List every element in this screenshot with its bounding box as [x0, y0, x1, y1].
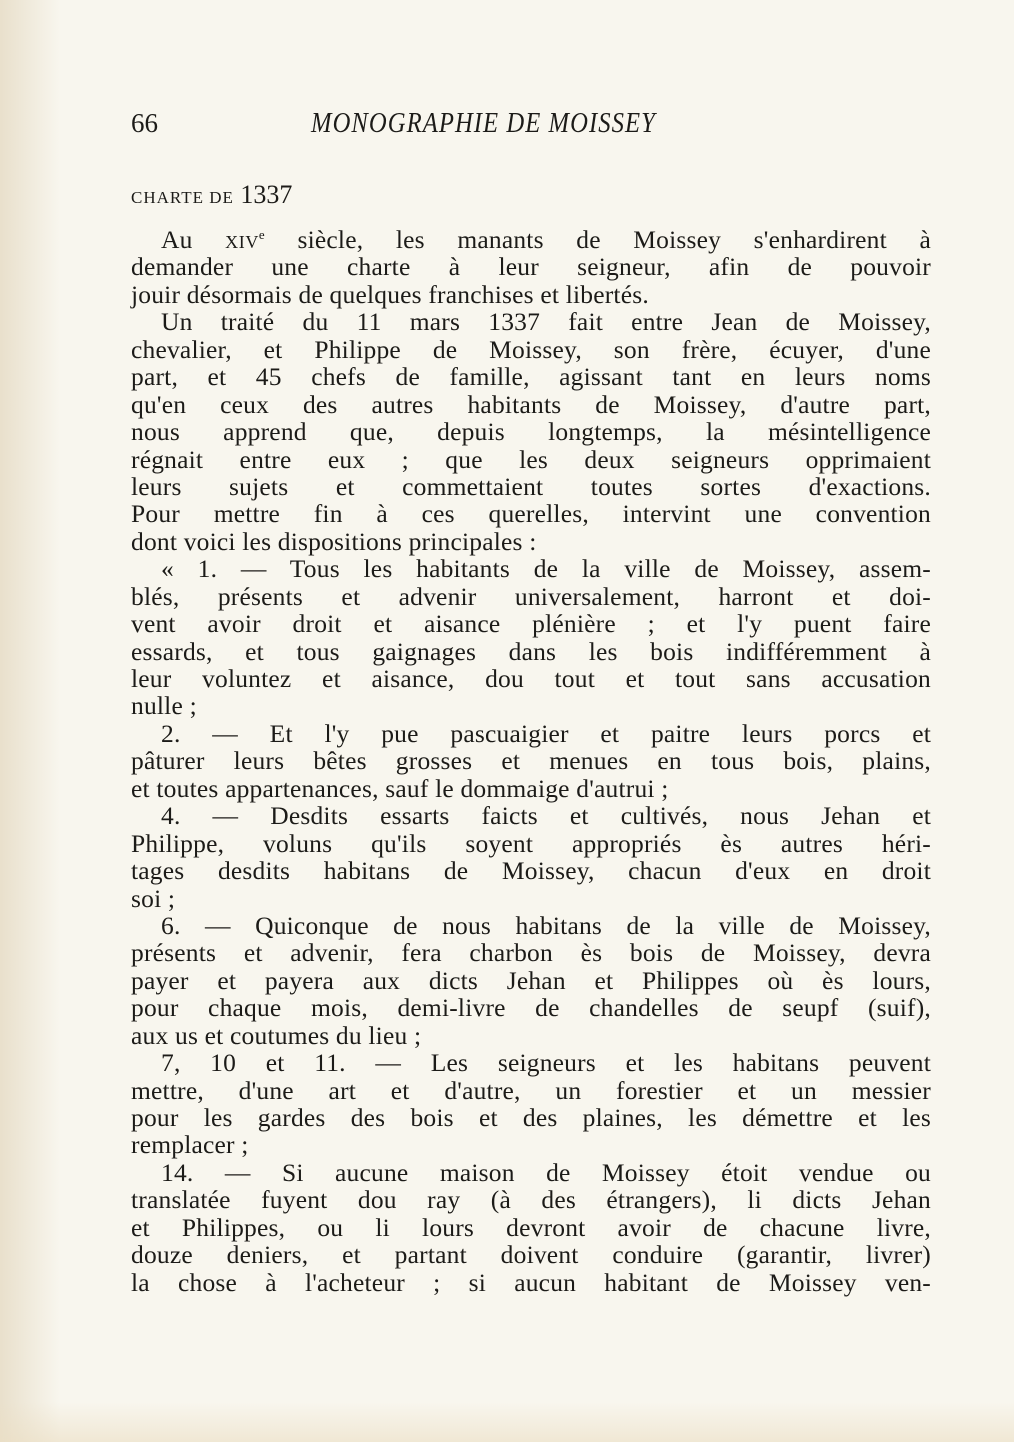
text-line: leur voluntez et aisance, dou tout et to…	[131, 665, 931, 692]
text-line: remplacer ;	[131, 1131, 931, 1158]
text-line: Au XIVe siècle, les manants de Moissey s…	[131, 226, 931, 253]
text-line: chevalier, et Philippe de Moissey, son f…	[131, 336, 931, 363]
text-line: Pour mettre fin à ces querelles, intervi…	[131, 500, 931, 527]
page-shadow-left	[0, 0, 60, 1442]
text-line: nous apprend que, depuis longtemps, la m…	[131, 418, 931, 445]
century-numeral: XIV	[225, 232, 259, 252]
text-line: Un traité du 11 mars 1337 fait entre Jea…	[131, 308, 931, 335]
running-head: 66 MONOGRAPHIE DE MOISSEY	[131, 108, 931, 148]
page-shadow-bottom	[0, 1402, 1024, 1442]
text-line: 4. — Desdits essarts faicts et cultivés,…	[131, 802, 931, 829]
text-line: pour chaque mois, demi-livre de chandell…	[131, 994, 931, 1021]
section-heading-year: 1337	[240, 180, 292, 209]
page-edge	[1014, 0, 1024, 1442]
text-line: 7, 10 et 11. — Les seigneurs et les habi…	[131, 1049, 931, 1076]
text-line: part, et 45 chefs de famille, agissant t…	[131, 363, 931, 390]
body-text: Au XIVe siècle, les manants de Moissey s…	[131, 226, 931, 1296]
text-line: régnait entre eux ; que les deux seigneu…	[131, 446, 931, 473]
charter-article-14: 14. — Si aucune maison de Moissey étoit …	[131, 1159, 931, 1296]
running-title: MONOGRAPHIE DE MOISSEY	[311, 108, 656, 140]
charter-article-1: « 1. — Tous les habitants de la ville de…	[131, 555, 931, 720]
text-line: qu'en ceux des autres habitants de Moiss…	[131, 391, 931, 418]
text-line: payer et payera aux dicts Jehan et Phili…	[131, 967, 931, 994]
text-line: et Philippes, ou li lours devront avoir …	[131, 1214, 931, 1241]
text-line: soi ;	[131, 885, 931, 912]
text-line: « 1. — Tous les habitants de la ville de…	[131, 555, 931, 582]
charter-article-2: 2. — Et l'y pue pascuaigier et paitre le…	[131, 720, 931, 802]
paragraph: Au XIVe siècle, les manants de Moissey s…	[131, 226, 931, 308]
page-number: 66	[131, 108, 158, 139]
text-line: essards, et tous gaignages dans les bois…	[131, 638, 931, 665]
text-line: mettre, d'une art et d'autre, un foresti…	[131, 1077, 931, 1104]
text-line: blés, présents et advenir universalement…	[131, 583, 931, 610]
text-line: douze deniers, et partant doivent condui…	[131, 1241, 931, 1268]
text-line: vent avoir droit et aisance plénière ; e…	[131, 610, 931, 637]
text-line: pâturer leurs bêtes grosses et menues en…	[131, 747, 931, 774]
charter-article-7-10-11: 7, 10 et 11. — Les seigneurs et les habi…	[131, 1049, 931, 1159]
text-line: la chose à l'acheteur ; si aucun habitan…	[131, 1269, 931, 1296]
text-line: 6. — Quiconque de nous habitans de la vi…	[131, 912, 931, 939]
text-line: Philippe, voluns qu'ils soyent approprié…	[131, 830, 931, 857]
text-line: aux us et coutumes du lieu ;	[131, 1022, 931, 1049]
text-line: présents et advenir, fera charbon ès boi…	[131, 939, 931, 966]
text-line: leurs sujets et commettaient toutes sort…	[131, 473, 931, 500]
text-line: tages desdits habitans de Moissey, chacu…	[131, 857, 931, 884]
text-line: nulle ;	[131, 692, 931, 719]
text-line: translatée fuyent dou ray (à des étrange…	[131, 1186, 931, 1213]
text-line: demander une charte à leur seigneur, afi…	[131, 253, 931, 280]
section-heading: CHARTE DE 1337	[131, 180, 292, 210]
text-line: 14. — Si aucune maison de Moissey étoit …	[131, 1159, 931, 1186]
paragraph: Un traité du 11 mars 1337 fait entre Jea…	[131, 308, 931, 555]
text-line: et toutes appartenances, sauf le dommaig…	[131, 775, 931, 802]
text-line: 2. — Et l'y pue pascuaigier et paitre le…	[131, 720, 931, 747]
section-heading-label: CHARTE DE	[131, 188, 234, 207]
text-line: dont voici les dispositions principales …	[131, 528, 931, 555]
charter-article-4: 4. — Desdits essarts faicts et cultivés,…	[131, 802, 931, 912]
text-line: jouir désormais de quelques franchises e…	[131, 281, 931, 308]
charter-article-6: 6. — Quiconque de nous habitans de la vi…	[131, 912, 931, 1049]
text-line: pour les gardes des bois et des plaines,…	[131, 1104, 931, 1131]
